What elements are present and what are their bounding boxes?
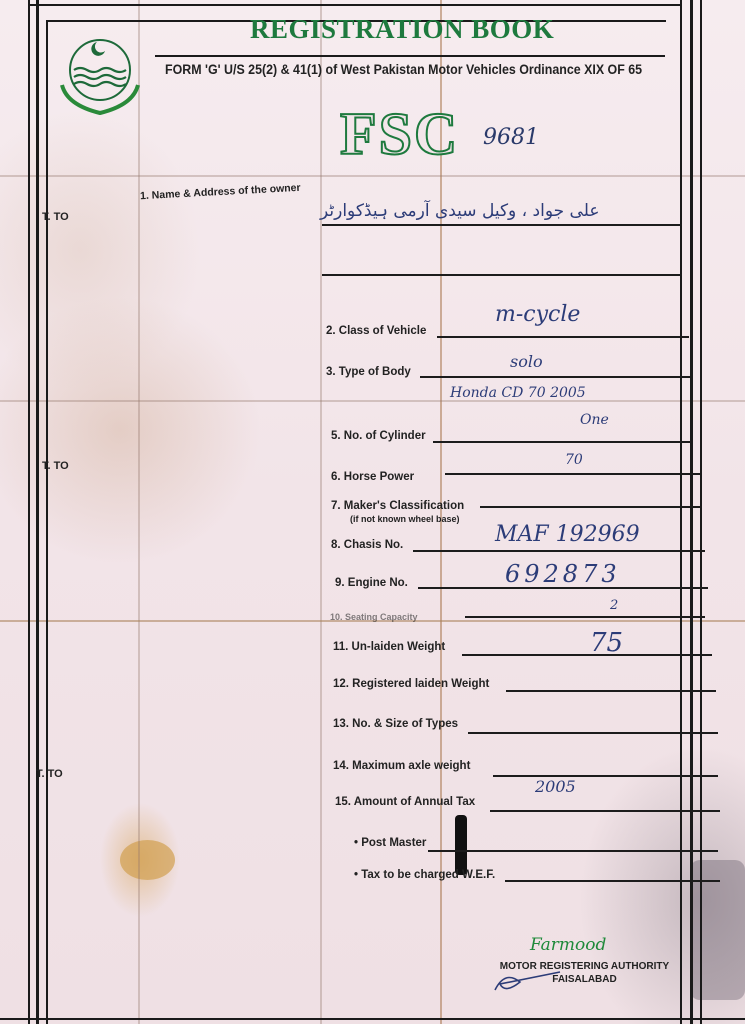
field-rule xyxy=(462,654,712,656)
border-line xyxy=(155,55,665,57)
stain xyxy=(455,815,467,875)
field-label-unladen: 11. Un-laiden Weight xyxy=(333,641,445,653)
field-label-class: 2. Class of Vehicle xyxy=(326,325,426,337)
field-value-class: m-cycle xyxy=(495,302,580,327)
border-line xyxy=(680,0,682,1024)
stain xyxy=(120,840,175,880)
field-value-seating: 2 xyxy=(610,598,618,613)
border-line xyxy=(700,0,702,1024)
field-label-annual-tax: 15. Amount of Annual Tax xyxy=(335,796,475,808)
field-label-axle: 14. Maximum axle weight xyxy=(333,760,470,772)
border-line xyxy=(690,0,693,1024)
field-rule xyxy=(413,550,705,552)
punjab-emblem-icon xyxy=(52,30,148,120)
field-rule xyxy=(493,775,718,777)
field-value-horsepower: 70 xyxy=(565,452,583,468)
fold-line xyxy=(320,0,322,1024)
field-rule xyxy=(433,441,691,443)
fold-line xyxy=(0,175,745,177)
field-rule xyxy=(465,616,705,618)
fold-line xyxy=(138,0,140,1024)
officer-signature: Farmood xyxy=(530,935,606,955)
document-title: REGISTRATION BOOK xyxy=(250,14,554,45)
field-label-laden: 12. Registered laiden Weight xyxy=(333,678,489,690)
field-label-makers-classification: 7. Maker's Classification xyxy=(331,500,464,512)
field-rule xyxy=(322,224,682,226)
ink-signature-icon xyxy=(490,968,570,998)
field-rule xyxy=(506,690,716,692)
field-rule xyxy=(428,850,718,852)
transfer-label: T. TO xyxy=(36,768,63,780)
field-rule xyxy=(505,880,720,882)
field-label-seating: 10. Seating Capacity xyxy=(330,612,418,622)
field-sublabel: (if not known wheel base) xyxy=(350,514,460,524)
border-line xyxy=(0,1018,745,1020)
field-label-cylinder: 5. No. of Cylinder xyxy=(331,430,426,442)
border-line xyxy=(46,20,48,1024)
field-rule xyxy=(468,732,718,734)
field-value-chassis: MAF 192969 xyxy=(495,522,640,547)
transfer-label: T. TO xyxy=(42,460,69,472)
office-code: FSC xyxy=(340,100,459,169)
field-label-body: 3. Type of Body xyxy=(326,366,411,378)
field-value-unladen: 75 xyxy=(590,628,623,658)
field-rule xyxy=(322,274,682,276)
field-label-horsepower: 6. Horse Power xyxy=(331,471,414,483)
field-value-owner: علی جواد ، وکیل سیدی آرمی ہیڈکوارٹر xyxy=(320,200,600,221)
field-rule xyxy=(437,336,689,338)
field-label-chassis: 8. Chasis No. xyxy=(331,539,403,551)
border-line xyxy=(28,4,682,6)
field-value-cylinder: One xyxy=(580,412,609,428)
field-rule xyxy=(420,376,690,378)
field-value-annual-tax: 2005 xyxy=(535,777,576,796)
field-label-tax-wef: • Tax to be charged W.E.F. xyxy=(354,869,495,881)
transfer-label: T. TO xyxy=(42,211,69,223)
border-line xyxy=(36,0,39,1024)
field-rule xyxy=(445,473,700,475)
border-line xyxy=(28,0,30,1024)
field-rule xyxy=(480,506,702,508)
field-label-engine: 9. Engine No. xyxy=(335,577,408,589)
field-value-engine: 692873 xyxy=(505,560,621,588)
field-value-year: Honda CD 70 2005 xyxy=(450,385,586,401)
field-label-post-master: • Post Master xyxy=(354,837,426,849)
field-value-body: solo xyxy=(510,352,543,371)
field-label-tyres: 13. No. & Size of Types xyxy=(333,718,458,730)
registration-number: 9681 xyxy=(483,125,539,150)
fold-line xyxy=(0,400,745,402)
field-rule xyxy=(490,810,720,812)
form-reference: FORM 'G' U/S 25(2) & 41(1) of West Pakis… xyxy=(165,62,642,77)
